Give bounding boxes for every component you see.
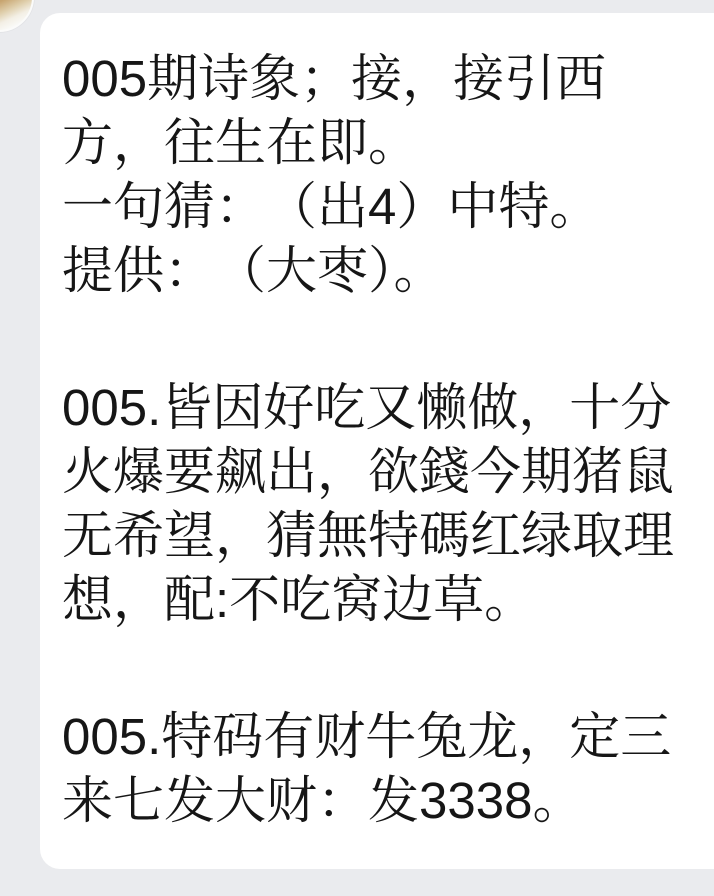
- message-paragraph-1: 005期诗象；接，接引西 方，往生在即。 一句猜： （出4）中特。 提供： （大…: [62, 47, 714, 303]
- message-paragraph-2: 005.皆因好吃又懒做，十分 火爆要飙出，欲錢今期猪鼠 无希望，猜無特碼红绿取理…: [62, 376, 714, 632]
- chat-background: 005期诗象；接，接引西 方，往生在即。 一句猜： （出4）中特。 提供： （大…: [0, 0, 714, 896]
- message-text: 005期诗象；接，接引西 方，往生在即。 一句猜： （出4）中特。 提供： （大…: [62, 47, 714, 833]
- message-paragraph-3: 005.特码有财牛兔龙，定三 来七发大财：发3338。: [62, 705, 714, 833]
- contact-avatar[interactable]: [0, 0, 34, 32]
- message-bubble[interactable]: 005期诗象；接，接引西 方，往生在即。 一句猜： （出4）中特。 提供： （大…: [40, 13, 714, 869]
